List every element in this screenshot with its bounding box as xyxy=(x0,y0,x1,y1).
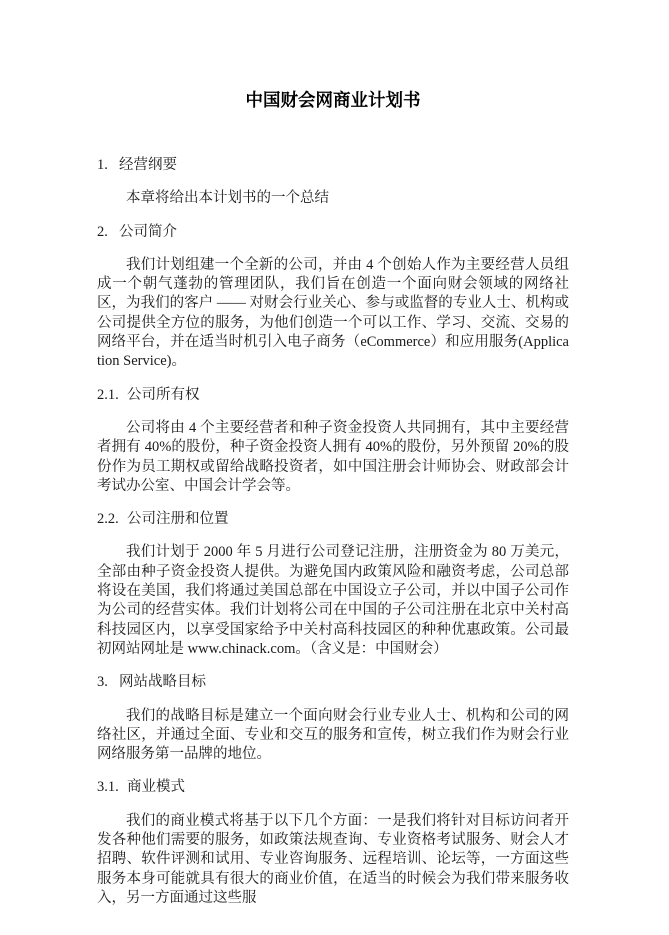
heading-label: 公司简介 xyxy=(119,224,177,240)
document-title: 中国财会网商业计划书 xyxy=(97,88,569,112)
heading-number: 2. xyxy=(97,223,119,242)
heading-label: 公司所有权 xyxy=(127,387,200,403)
section-paragraph-2-1: 公司将由 4 个主要经营者和种子资金投资人共同拥有，其中主要经营者拥有 40%的… xyxy=(97,419,569,496)
section-heading-2-1: 2.1.公司所有权 xyxy=(97,386,569,405)
section-paragraph-3-1: 我们的商业模式将基于以下几个方面：一是我们将针对目标访问者开发各种他们需要的服务… xyxy=(97,812,569,908)
section-paragraph-2-2: 我们计划于 2000 年 5 月进行公司登记注册，注册资金为 80 万美元，全部… xyxy=(97,543,569,659)
section-heading-3: 3.网站战略目标 xyxy=(97,673,569,692)
heading-label: 经营纲要 xyxy=(119,157,177,173)
heading-number: 3. xyxy=(97,673,119,692)
heading-number: 1. xyxy=(97,156,119,175)
section-heading-3-1: 3.1.商业模式 xyxy=(97,778,569,797)
heading-label: 网站战略目标 xyxy=(119,674,206,690)
heading-label: 商业模式 xyxy=(127,779,185,795)
section-heading-1: 1.经营纲要 xyxy=(97,156,569,175)
section-paragraph-1: 本章将给出本计划书的一个总结 xyxy=(97,189,569,208)
document-page: 中国财会网商业计划书 1.经营纲要 本章将给出本计划书的一个总结 2.公司简介 … xyxy=(0,0,669,935)
heading-number: 2.1. xyxy=(97,386,127,405)
heading-number: 3.1. xyxy=(97,778,127,797)
heading-number: 2.2. xyxy=(97,510,127,529)
section-paragraph-2: 我们计划组建一个全新的公司，并由 4 个创始人作为主要经营人员组成一个朝气蓬勃的… xyxy=(97,256,569,372)
section-heading-2: 2.公司简介 xyxy=(97,223,569,242)
heading-label: 公司注册和位置 xyxy=(127,511,229,527)
section-heading-2-2: 2.2.公司注册和位置 xyxy=(97,510,569,529)
section-paragraph-3: 我们的战略目标是建立一个面向财会行业专业人士、机构和公司的网络社区，并通过全面、… xyxy=(97,707,569,765)
